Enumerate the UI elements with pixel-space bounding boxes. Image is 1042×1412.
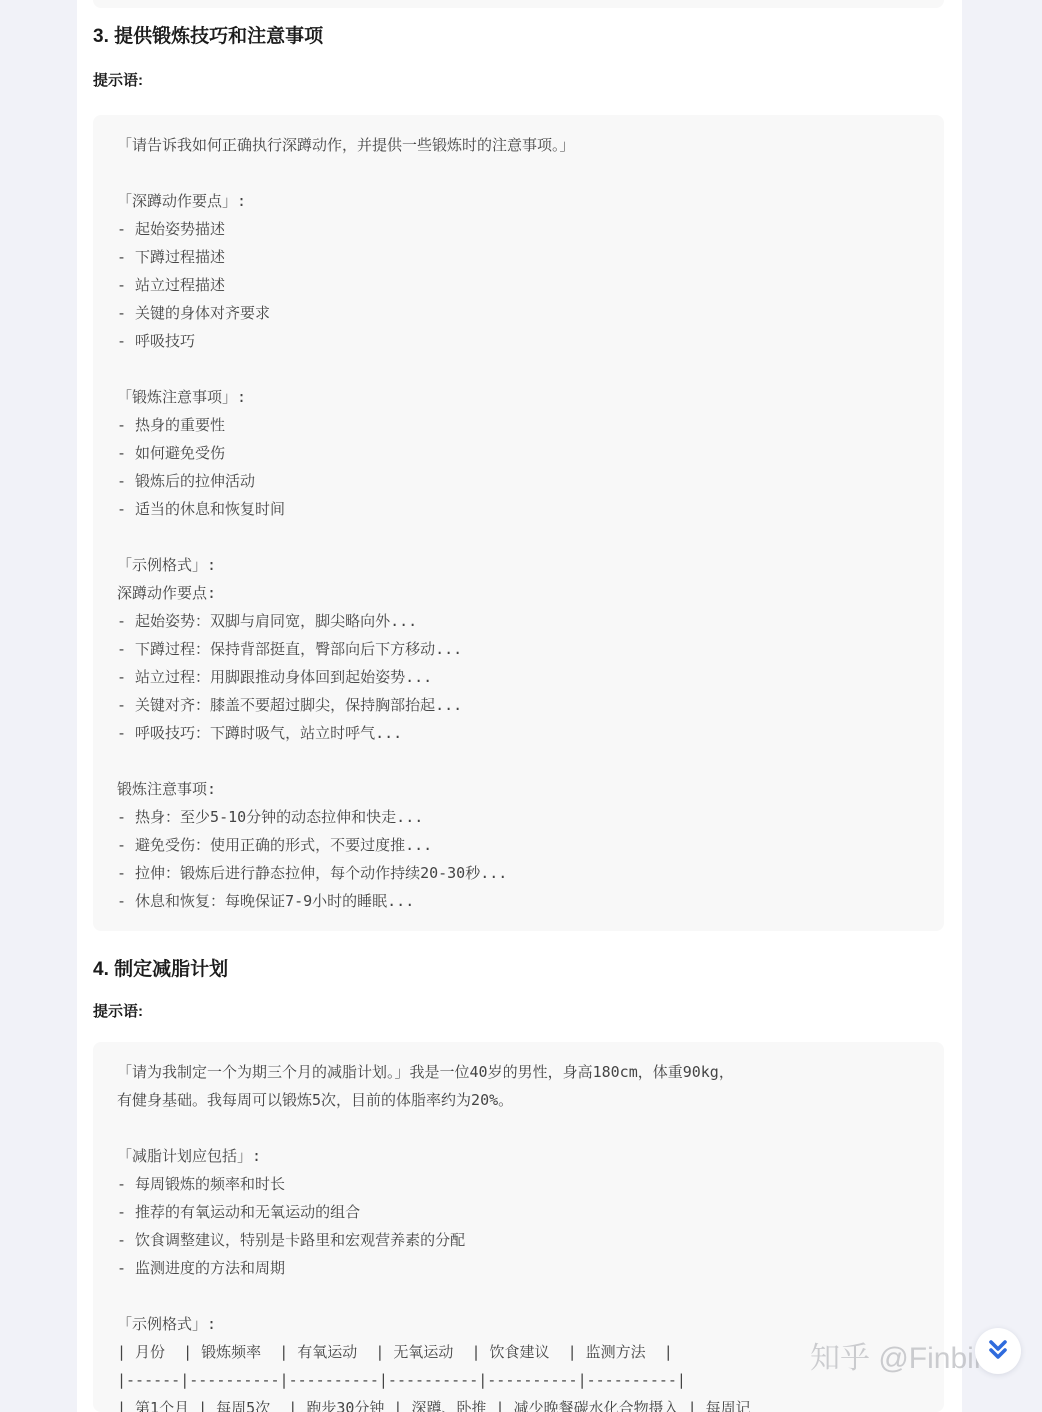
prompt-label: 提示语: <box>93 70 944 91</box>
double-chevron-down-icon <box>984 1337 1012 1365</box>
section-heading-4: 4. 制定减脂计划 <box>93 957 944 983</box>
prompt-label: 提示语: <box>93 1001 944 1022</box>
article-content: 3. 提供锻炼技巧和注意事项 提示语: 「请告诉我如何正确执行深蹲动作，并提供一… <box>77 0 962 1412</box>
scroll-to-bottom-button[interactable] <box>975 1328 1021 1374</box>
section-heading-3: 3. 提供锻炼技巧和注意事项 <box>93 24 944 50</box>
code-block-fatloss-prompt: 「请为我制定一个为期三个月的减脂计划。」我是一位40岁的男性，身高180cm，体… <box>93 1042 944 1412</box>
previous-code-block-tail <box>93 0 944 8</box>
code-block-squat-prompt: 「请告诉我如何正确执行深蹲动作，并提供一些锻炼时的注意事项。」 「深蹲动作要点」… <box>93 115 944 931</box>
